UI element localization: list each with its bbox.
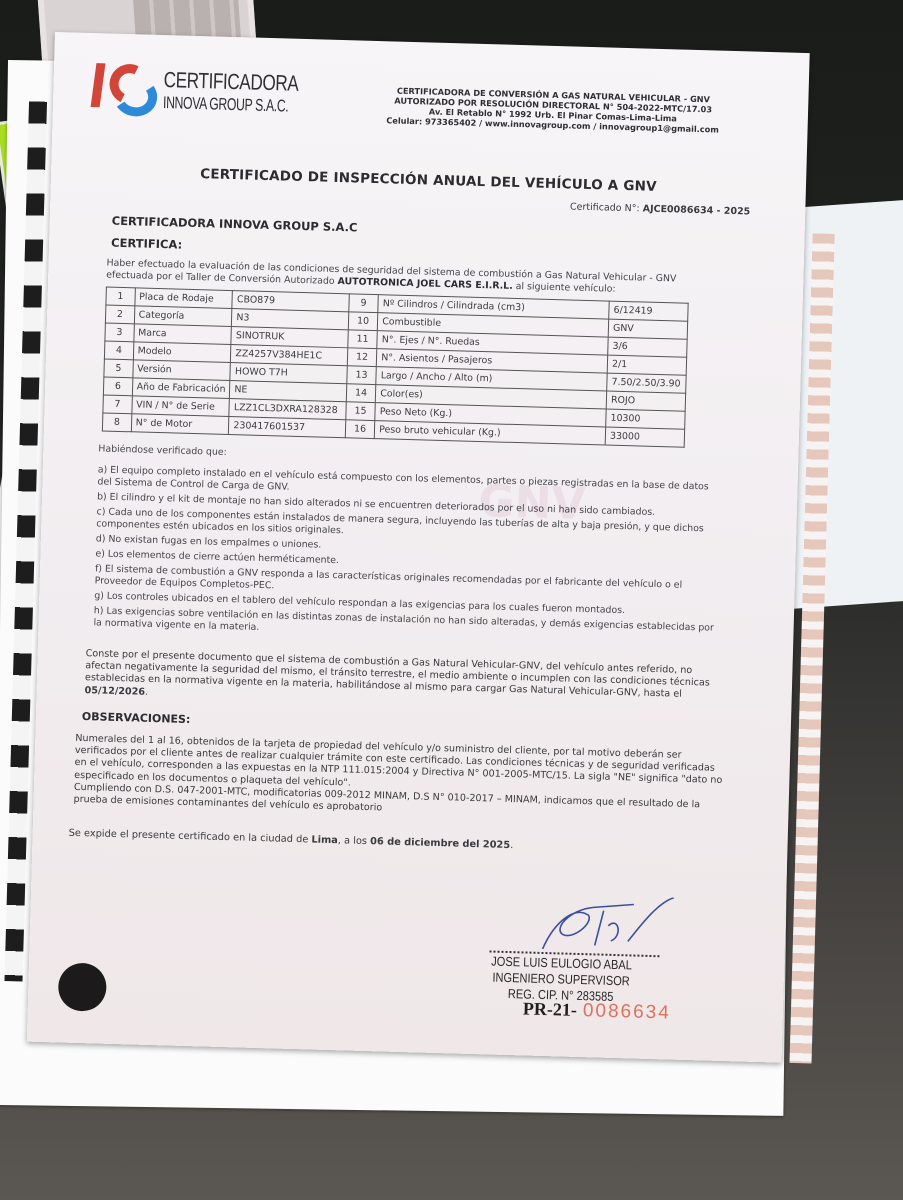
- item-number: 5: [104, 359, 133, 378]
- field-value: 2/1: [607, 355, 686, 375]
- issue-city: Lima: [311, 834, 338, 846]
- item-number: 13: [347, 366, 377, 385]
- observations-heading: OBSERVACIONES:: [82, 710, 191, 726]
- signatory-stamp: JOSE LUIS EULOGIO ABAL INGENIERO SUPERVI…: [486, 953, 636, 1005]
- company-info: CERTIFICADORA DE CONVERSIÓN A GAS NATURA…: [343, 84, 764, 136]
- item-number: 16: [345, 420, 375, 439]
- item-number: 7: [103, 395, 132, 414]
- logo-text-line2: INNOVA GROUP S.A.C.: [163, 93, 289, 116]
- field-value: 3/6: [608, 337, 687, 357]
- certificate-header: CERTIFICADORA INNOVA GROUP S.A.C. CERTIF…: [92, 55, 774, 144]
- field-value: GNV: [608, 319, 687, 339]
- field-value: 33000: [605, 427, 684, 447]
- observations-text: Numerales del 1 al 16, obtenidos de la t…: [73, 733, 725, 824]
- item-number: 4: [104, 341, 133, 360]
- issue-statement: Se expide el presente certificado en la …: [68, 828, 513, 851]
- signature-block: JOSE LUIS EULOGIO ABAL INGENIERO SUPERVI…: [489, 892, 689, 898]
- field-label: N° de Motor: [131, 414, 229, 435]
- field-value: 7.50/2.50/3.90: [607, 373, 686, 393]
- vehicle-data-table: 1Placa de RodajeCBO8799Nº Cilindros / Ci…: [102, 287, 689, 448]
- conste-paragraph: Conste por el presente documento que el …: [84, 648, 725, 715]
- certificate-number: Certificado N°: AJCE0086634 - 2025: [570, 201, 751, 217]
- punch-hole: [58, 962, 107, 1011]
- valid-until-date: 05/12/2026: [84, 685, 145, 698]
- field-value: 6/12419: [609, 301, 688, 321]
- ig-logo-icon: [93, 61, 160, 117]
- right-security-stripe: [790, 233, 835, 1063]
- item-number: 10: [348, 312, 378, 331]
- item-number: 1: [106, 287, 135, 306]
- serial-value: 0086634: [583, 1000, 672, 1023]
- certifica-heading: CERTIFICA:: [111, 236, 182, 252]
- item-number: 3: [105, 323, 134, 342]
- signature-icon: [532, 894, 674, 958]
- serial-prefix: PR-21-: [523, 998, 578, 1019]
- field-value: 230417601537: [229, 417, 346, 438]
- logo-text-line1: CERTIFICADORA: [163, 67, 298, 97]
- company-logo: CERTIFICADORA INNOVA GROUP S.A.C.: [93, 61, 275, 126]
- item-number: 6: [103, 377, 132, 396]
- certificate-number-value: AJCE0086634 - 2025: [643, 203, 751, 217]
- item-number: 14: [346, 384, 376, 403]
- company-name: CERTIFICADORA INNOVA GROUP S.A.C: [112, 214, 358, 235]
- serial-number: PR-21-0086634: [523, 998, 672, 1024]
- issue-date: 06 de diciembre del 2025: [370, 836, 510, 851]
- certificate-sheet: GNV CERTIFICADORA INNOVA GROUP S.A.C. CE…: [27, 32, 810, 1063]
- item-number: 12: [347, 348, 377, 367]
- field-value: 10300: [606, 409, 685, 429]
- document-title: CERTIFICADO DE INSPECCIÓN ANUAL DEL VEHÍ…: [51, 162, 806, 199]
- item-number: 11: [348, 330, 378, 349]
- field-value: ROJO: [606, 391, 685, 411]
- verification-list: Habiéndose verificado que: a) El equipo …: [93, 443, 723, 649]
- item-number: 15: [346, 402, 376, 421]
- certificate-number-label: Certificado N°:: [570, 201, 640, 214]
- item-number: 9: [349, 294, 379, 313]
- item-number: 8: [102, 413, 131, 432]
- item-number: 2: [105, 305, 134, 324]
